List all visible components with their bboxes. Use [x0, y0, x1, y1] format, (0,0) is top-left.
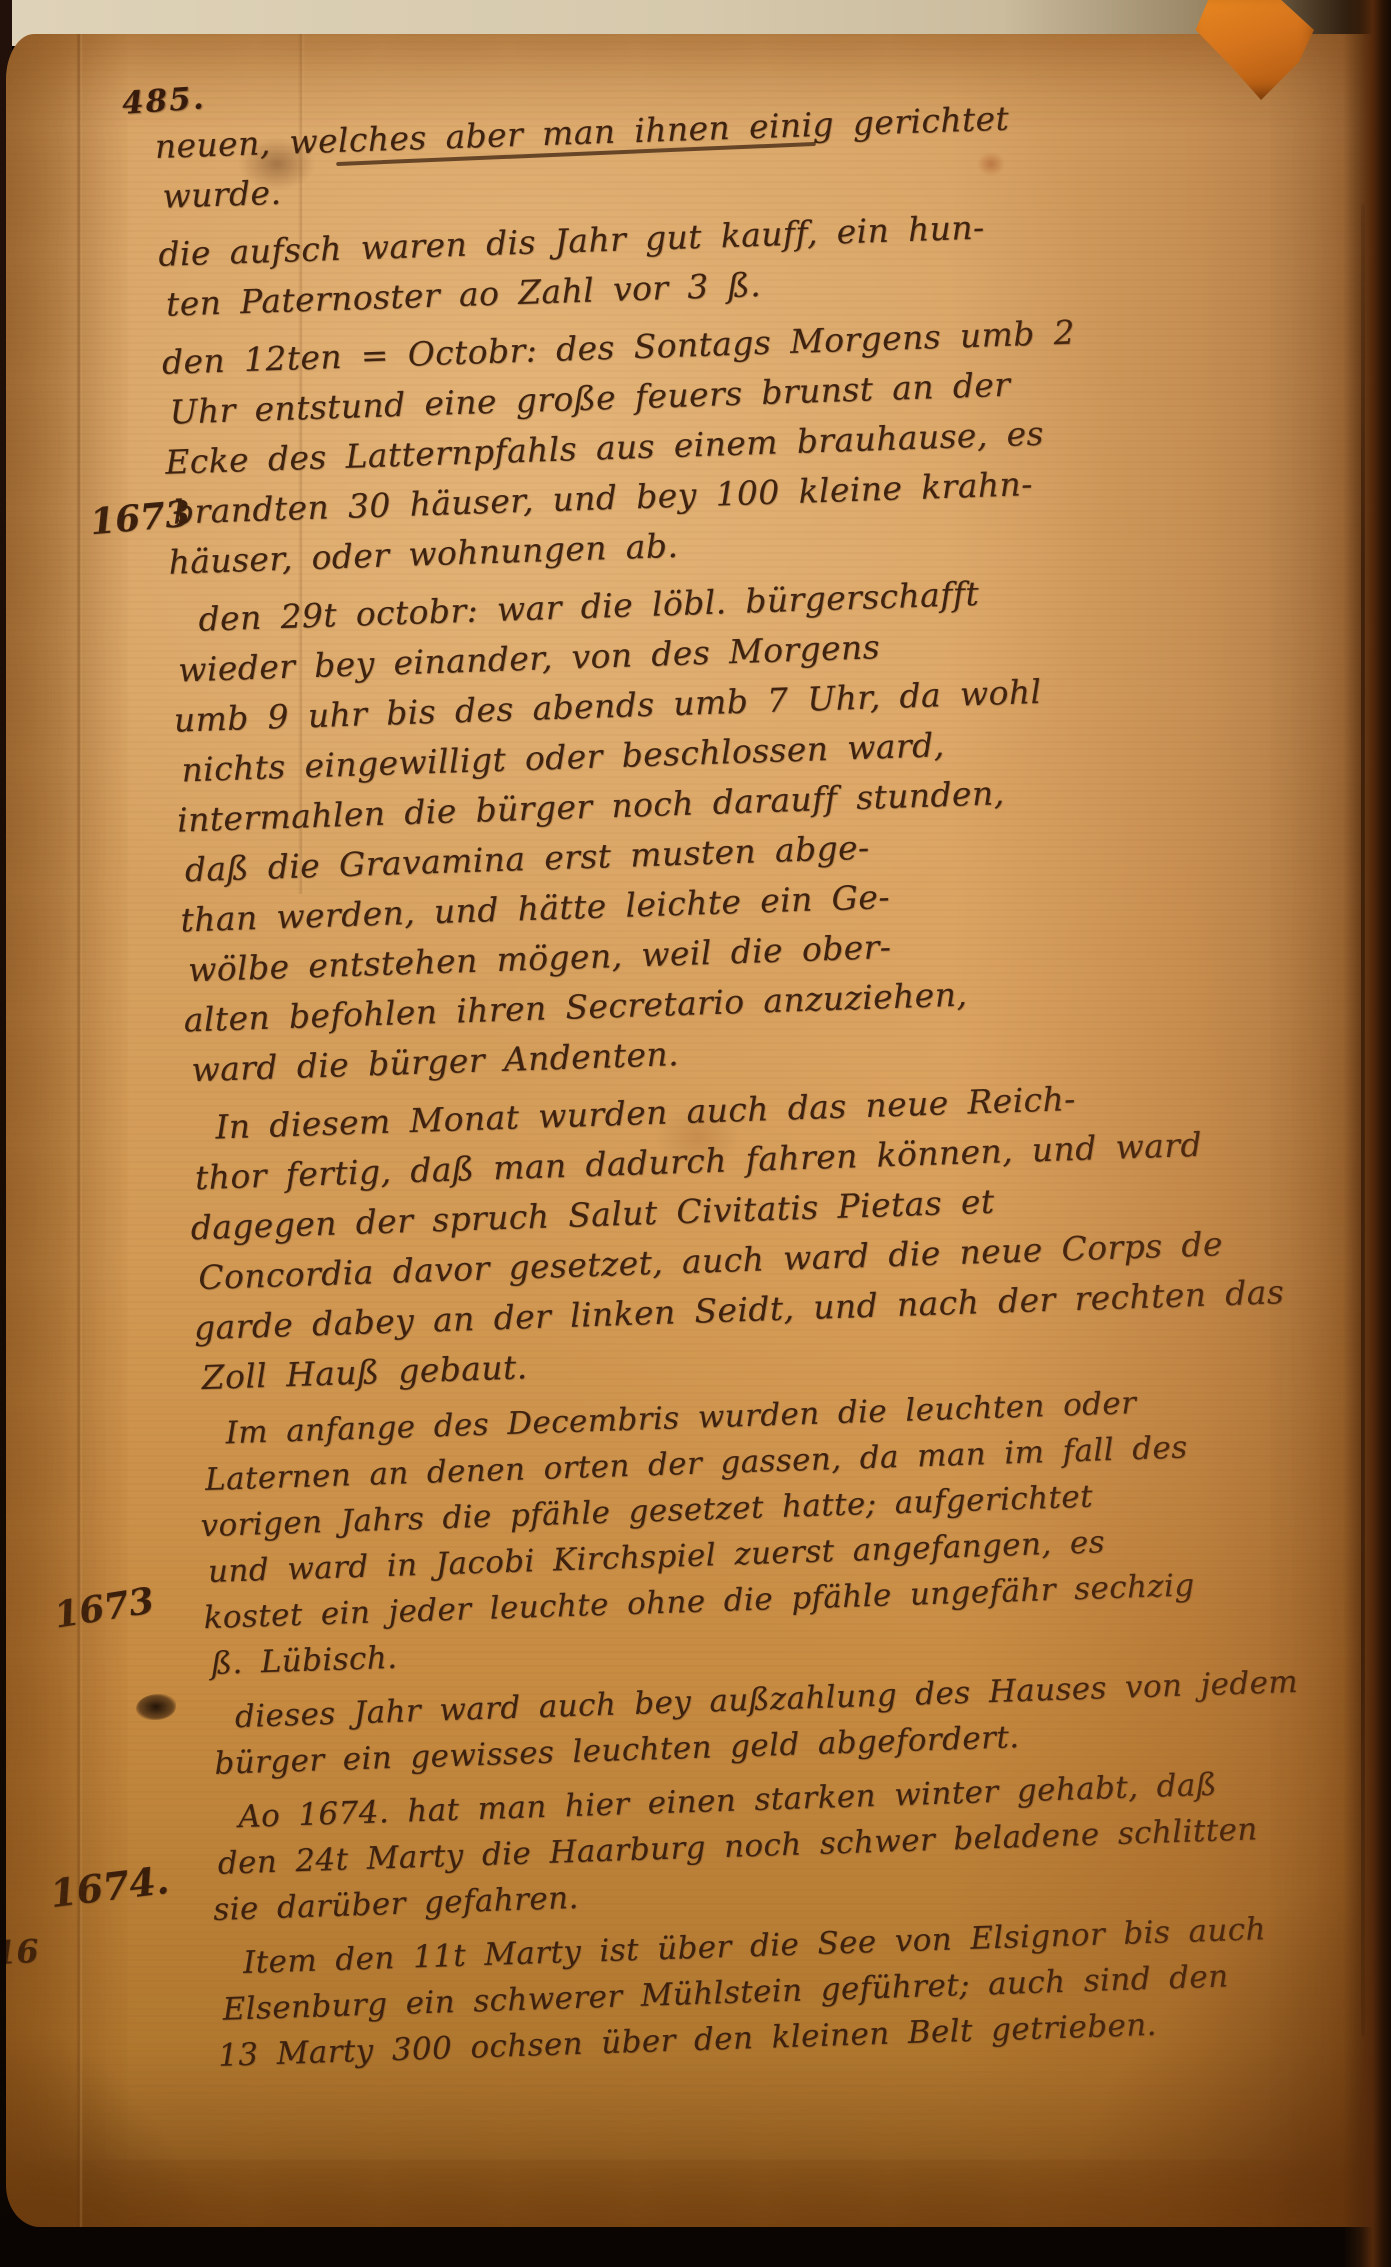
book-gutter-edge	[1343, 0, 1391, 2267]
handwritten-text-block: neuen, welches aber man ihnen einig geri…	[154, 82, 1391, 2087]
margin-year-note-clipped: 16	[6, 1935, 39, 1969]
paragraph: In diesem Monat wurden auch das neue Rei…	[187, 1064, 1391, 1404]
paragraph: Item den 11t Marty ist über die See von …	[214, 1901, 1391, 2079]
foxing-spot-bottom	[1196, 2076, 1288, 2138]
paragraph: den 12ten = Octobr: des Sontags Morgens …	[161, 298, 1369, 588]
manuscript-photo: 485. 1673 1673 1674. 16 neuen, welches a…	[0, 0, 1391, 2267]
ink-blot	[136, 1694, 176, 1720]
margin-year-note: 1673	[52, 1582, 157, 1633]
manuscript-page: 485. 1673 1673 1674. 16 neuen, welches a…	[6, 34, 1391, 2227]
paragraph: den 29t octobr: war die löbl. bürgerscha…	[170, 556, 1386, 1096]
margin-year-note: 1674.	[48, 1861, 171, 1913]
page-number: 485.	[121, 83, 206, 120]
paragraph: Ao 1674. hat man hier einen starken wint…	[210, 1755, 1391, 1933]
paragraph: Im anfange des Decembris wurden die leuc…	[197, 1372, 1391, 1688]
